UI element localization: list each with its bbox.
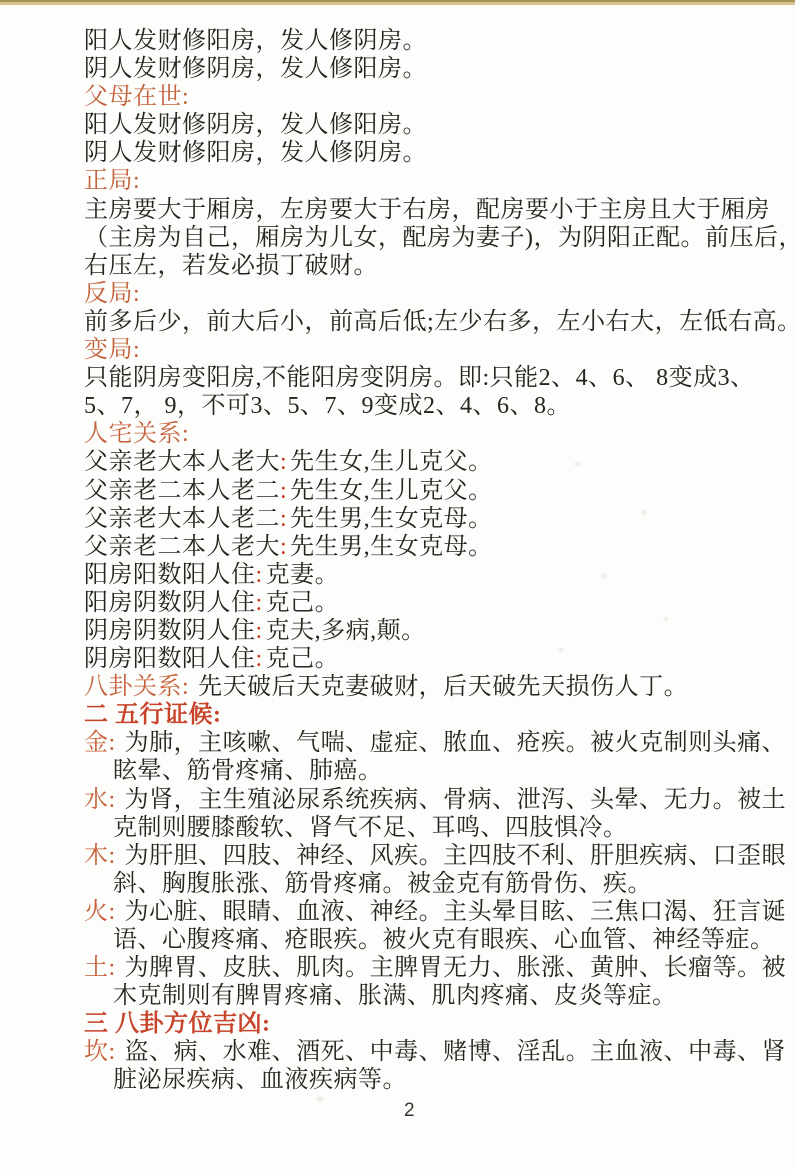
line-text: 克制则腰膝酸软、肾气不足、耳鸣、四肢惧冷。: [113, 815, 628, 841]
relation-condition: 阳房阳数阳人住: [84, 562, 256, 588]
line-text: 阴人发财修阳房，发人修阴房。: [84, 140, 427, 166]
relation-result: 克夫,多病,颠。: [266, 618, 426, 644]
relation-line: 阴房阴数阴人住:克夫,多病,颠。: [84, 617, 784, 645]
numbered-section-heading: 三 八卦方位吉凶:: [84, 1010, 784, 1038]
red-label: 水:: [84, 787, 116, 813]
text-line: 阳人发财修阴房，发人修阳房。: [84, 111, 784, 139]
relation-result: 先生男,生女克母。: [290, 534, 493, 560]
red-label: 木:: [84, 843, 116, 869]
relation-line: 阳房阳数阳人住:克妻。: [84, 561, 784, 589]
relation-condition: 阴房阳数阳人住: [84, 646, 256, 672]
red-label: 火:: [84, 899, 116, 925]
line-text: 盗、病、水难、酒死、中毒、赌博、淫乱。主血液、中毒、肾: [125, 1039, 787, 1065]
scanned-document-page: 阳人发财修阳房，发人修阴房。 阴人发财修阴房，发人修阳房。 父母在世: 阳人发财…: [0, 0, 795, 1169]
line-text: 为肝胆、四肢、神经、风疾。主四肢不利、肝胆疾病、口歪眼: [125, 843, 787, 869]
text-line: 阳人发财修阳房，发人修阴房。: [84, 27, 784, 55]
red-label: 金:: [84, 730, 116, 756]
red-colon: :: [280, 506, 287, 532]
line-text: （主房为自己，厢房为儿女，配房为妻子)，为阴阳正配。前压后，: [84, 225, 795, 251]
line-text: 阳人发财修阴房，发人修阳房。: [84, 112, 427, 138]
trigram-line-kan: 坎:盗、病、水难、酒死、中毒、赌博、淫乱。主血液、中毒、肾: [84, 1038, 784, 1066]
red-colon: :: [280, 534, 287, 560]
text-line: 只能阴房变阳房,不能阳房变阴房。即:只能2、4、6、 8变成3、: [84, 364, 784, 392]
page-number: 2: [404, 1100, 415, 1122]
line-text: 先天破后天克妻破财，后天破先天损伤人丁。: [198, 674, 688, 700]
text-line: 阴人发财修阴房，发人修阳房。: [84, 55, 784, 83]
relation-result: 先生女,生儿克父。: [290, 449, 493, 475]
line-text: 只能阴房变阳房,不能阳房变阴房。即:只能2、4、6、 8变成3、: [84, 365, 755, 391]
relation-result: 先生女,生儿克父。: [290, 478, 493, 504]
section-heading: 父母在世:: [84, 83, 784, 111]
page-content: 阳人发财修阳房，发人修阴房。 阴人发财修阴房，发人修阳房。 父母在世: 阳人发财…: [84, 27, 784, 1095]
relation-condition: 阴房阴数阴人住: [84, 618, 256, 644]
labeled-line: 八卦关系:先天破后天克妻破财，后天破先天损伤人丁。: [84, 673, 784, 701]
line-text: 为心脏、眼睛、血液、神经。主头晕目眩、三焦口渴、狂言诞: [125, 899, 787, 925]
relation-line: 阳房阴数阴人住:克己。: [84, 589, 784, 617]
line-text: 为肾，主生殖泌尿系统疾病、骨病、泄泻、头晕、无力。被土: [125, 787, 787, 813]
text-line: 主房要大于厢房，左房要大于右房，配房要小于主房且大于厢房: [84, 196, 784, 224]
text-line: 阴人发财修阳房，发人修阴房。: [84, 139, 784, 167]
red-colon: :: [256, 590, 263, 616]
red-label: 土:: [84, 955, 116, 981]
element-line-water: 水:为肾，主生殖泌尿系统疾病、骨病、泄泻、头晕、无力。被土: [84, 786, 784, 814]
element-line-fire: 火:为心脏、眼睛、血液、神经。主头晕目眩、三焦口渴、狂言诞: [84, 898, 784, 926]
red-colon: :: [256, 562, 263, 588]
relation-result: 克妻。: [266, 562, 340, 588]
scan-artifact: [575, 462, 580, 466]
red-colon: :: [280, 478, 287, 504]
text-line: 前多后少，前大后小，前高后低;左少右多，左小右大，左低右高。: [84, 308, 784, 336]
continuation-line: 克制则腰膝酸软、肾气不足、耳鸣、四肢惧冷。: [84, 814, 784, 842]
relation-line: 父亲老大本人老二:先生男,生女克母。: [84, 505, 784, 533]
red-colon: :: [256, 646, 263, 672]
scan-artifact: [664, 617, 668, 621]
heading-text: 变局:: [84, 337, 140, 363]
element-line-wood: 木:为肝胆、四肢、神经、风疾。主四肢不利、肝胆疾病、口歪眼: [84, 842, 784, 870]
line-text: 前多后少，前大后小，前高后低;左少右多，左小右大，左低右高。: [84, 309, 795, 335]
relation-result: 克己。: [266, 646, 340, 672]
section-heading: 正局:: [84, 167, 784, 195]
relation-result: 先生男,生女克母。: [290, 506, 493, 532]
continuation-line: 木克制则有脾胃疼痛、胀满、肌肉疼痛、皮炎等症。: [84, 982, 784, 1010]
text-line: 右压左，若发必损丁破财。: [84, 252, 784, 280]
relation-line: 阴房阳数阳人住:克己。: [84, 645, 784, 673]
continuation-line: 斜、胸腹胀涨、筋骨疼痛。被金克有筋骨伤、疾。: [84, 870, 784, 898]
continuation-line: 眩晕、筋骨疼痛、肺癌。: [84, 757, 784, 785]
line-text: 右压左，若发必损丁破财。: [84, 253, 378, 279]
scan-artifact: [559, 648, 563, 652]
scan-artifact: [316, 1097, 324, 1101]
section-heading: 变局:: [84, 336, 784, 364]
relation-line: 父亲老二本人老二:先生女,生儿克父。: [84, 477, 784, 505]
red-colon: :: [280, 449, 287, 475]
section-heading: 人宅关系:: [84, 420, 784, 448]
relation-condition: 父亲老二本人老大: [84, 534, 280, 560]
relation-condition: 父亲老大本人老大: [84, 449, 280, 475]
element-line-earth: 土:为脾胃、皮肤、肌肉。主脾胃无力、胀涨、黄肿、长瘤等。被: [84, 954, 784, 982]
line-text: 木克制则有脾胃疼痛、胀满、肌肉疼痛、皮炎等症。: [113, 983, 677, 1009]
scan-artifact: [642, 510, 646, 515]
relation-line: 父亲老大本人老大:先生女,生儿克父。: [84, 448, 784, 476]
line-text: 斜、胸腹胀涨、筋骨疼痛。被金克有筋骨伤、疾。: [113, 871, 652, 897]
relation-condition: 阳房阴数阴人住: [84, 590, 256, 616]
line-text: 阴人发财修阴房，发人修阳房。: [84, 56, 427, 82]
element-line-metal: 金:为肺，主咳嗽、气喘、虚症、脓血、疮疾。被火克制则头痛、: [84, 729, 784, 757]
line-text: 语、心腹疼痛、疮眼疾。被火克有眼疾、心血管、神经等症。: [113, 927, 775, 953]
red-colon: :: [256, 618, 263, 644]
relation-result: 克己。: [266, 590, 340, 616]
line-text: 为肺，主咳嗽、气喘、虚症、脓血、疮疾。被火克制则头痛、: [125, 730, 787, 756]
relation-condition: 父亲老大本人老二: [84, 506, 280, 532]
line-text: 脏泌尿疾病、血液疾病等。: [113, 1067, 407, 1093]
line-text: 为脾胃、皮肤、肌肉。主脾胃无力、胀涨、黄肿、长瘤等。被: [125, 955, 787, 981]
red-label: 八卦关系:: [84, 674, 189, 700]
line-text: 主房要大于厢房，左房要大于右房，配房要小于主房且大于厢房: [84, 197, 770, 223]
section-heading: 反局:: [84, 280, 784, 308]
page-top-border: [0, 0, 795, 5]
heading-text: 三 八卦方位吉凶:: [84, 1011, 271, 1037]
line-text: 5、7， 9，不可3、5、7、9变成2、4、6、8。: [84, 393, 571, 419]
heading-text: 反局:: [84, 281, 140, 307]
continuation-line: 脏泌尿疾病、血液疾病等。: [84, 1066, 784, 1094]
red-label: 坎:: [84, 1039, 116, 1065]
relation-condition: 父亲老二本人老二: [84, 478, 280, 504]
text-line: 5、7， 9，不可3、5、7、9变成2、4、6、8。: [84, 392, 784, 420]
heading-text: 正局:: [84, 168, 140, 194]
line-text: 阳人发财修阳房，发人修阴房。: [84, 28, 427, 54]
heading-text: 人宅关系:: [84, 421, 189, 447]
text-line: （主房为自己，厢房为儿女，配房为妻子)，为阴阳正配。前压后，: [84, 224, 784, 252]
relation-line: 父亲老二本人老大:先生男,生女克母。: [84, 533, 784, 561]
line-text: 眩晕、筋骨疼痛、肺癌。: [113, 758, 383, 784]
numbered-section-heading: 二 五行证候:: [84, 701, 784, 729]
scan-artifact: [601, 574, 606, 578]
heading-text: 二 五行证候:: [84, 702, 222, 728]
heading-text: 父母在世:: [84, 84, 189, 110]
continuation-line: 语、心腹疼痛、疮眼疾。被火克有眼疾、心血管、神经等症。: [84, 926, 784, 954]
